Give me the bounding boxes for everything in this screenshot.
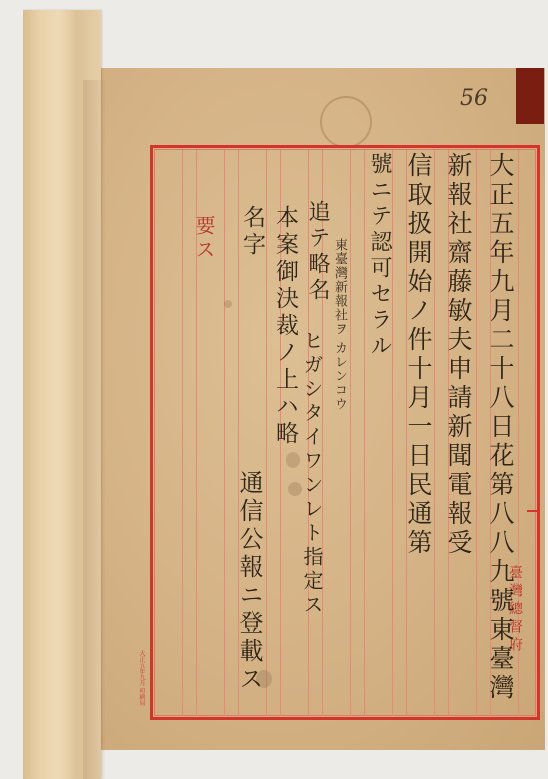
instruction-column-2: 通信公報ニ登載ス: [232, 470, 267, 720]
text-column-5: 追テ略名: [302, 200, 333, 320]
rule-line: [476, 150, 477, 716]
faded-seal-stamp: [320, 96, 372, 148]
text-column-6: ヒガシタイワンレト指定ス: [298, 330, 327, 650]
red-note: 要ス: [190, 215, 219, 295]
printer-mark: 大正五年九月 印刷局: [137, 650, 145, 720]
binding-tab: [516, 68, 544, 124]
ink-smudge: [224, 300, 232, 308]
instruction-column-1: 本案御決裁ノ上ハ略名字: [236, 205, 302, 465]
tissue-fold-shadow: [83, 80, 105, 779]
text-column-1: 大正五年九月二十八日花第八八九號東臺灣: [482, 152, 518, 712]
text-column-4: 號ニテ認可セラル: [364, 152, 395, 392]
rule-line: [182, 150, 183, 716]
form-header: 臺灣總督府: [522, 495, 542, 725]
text-column-2: 新報社齋藤敏夫申請新聞電報受: [440, 152, 476, 712]
rule-line: [350, 150, 351, 716]
text-column-3: 信取扱開始ノ件十月一日民通第: [400, 152, 436, 672]
tissue-overlay-strip: [23, 10, 101, 779]
page-number: 56: [460, 86, 488, 111]
rule-line: [224, 150, 225, 716]
